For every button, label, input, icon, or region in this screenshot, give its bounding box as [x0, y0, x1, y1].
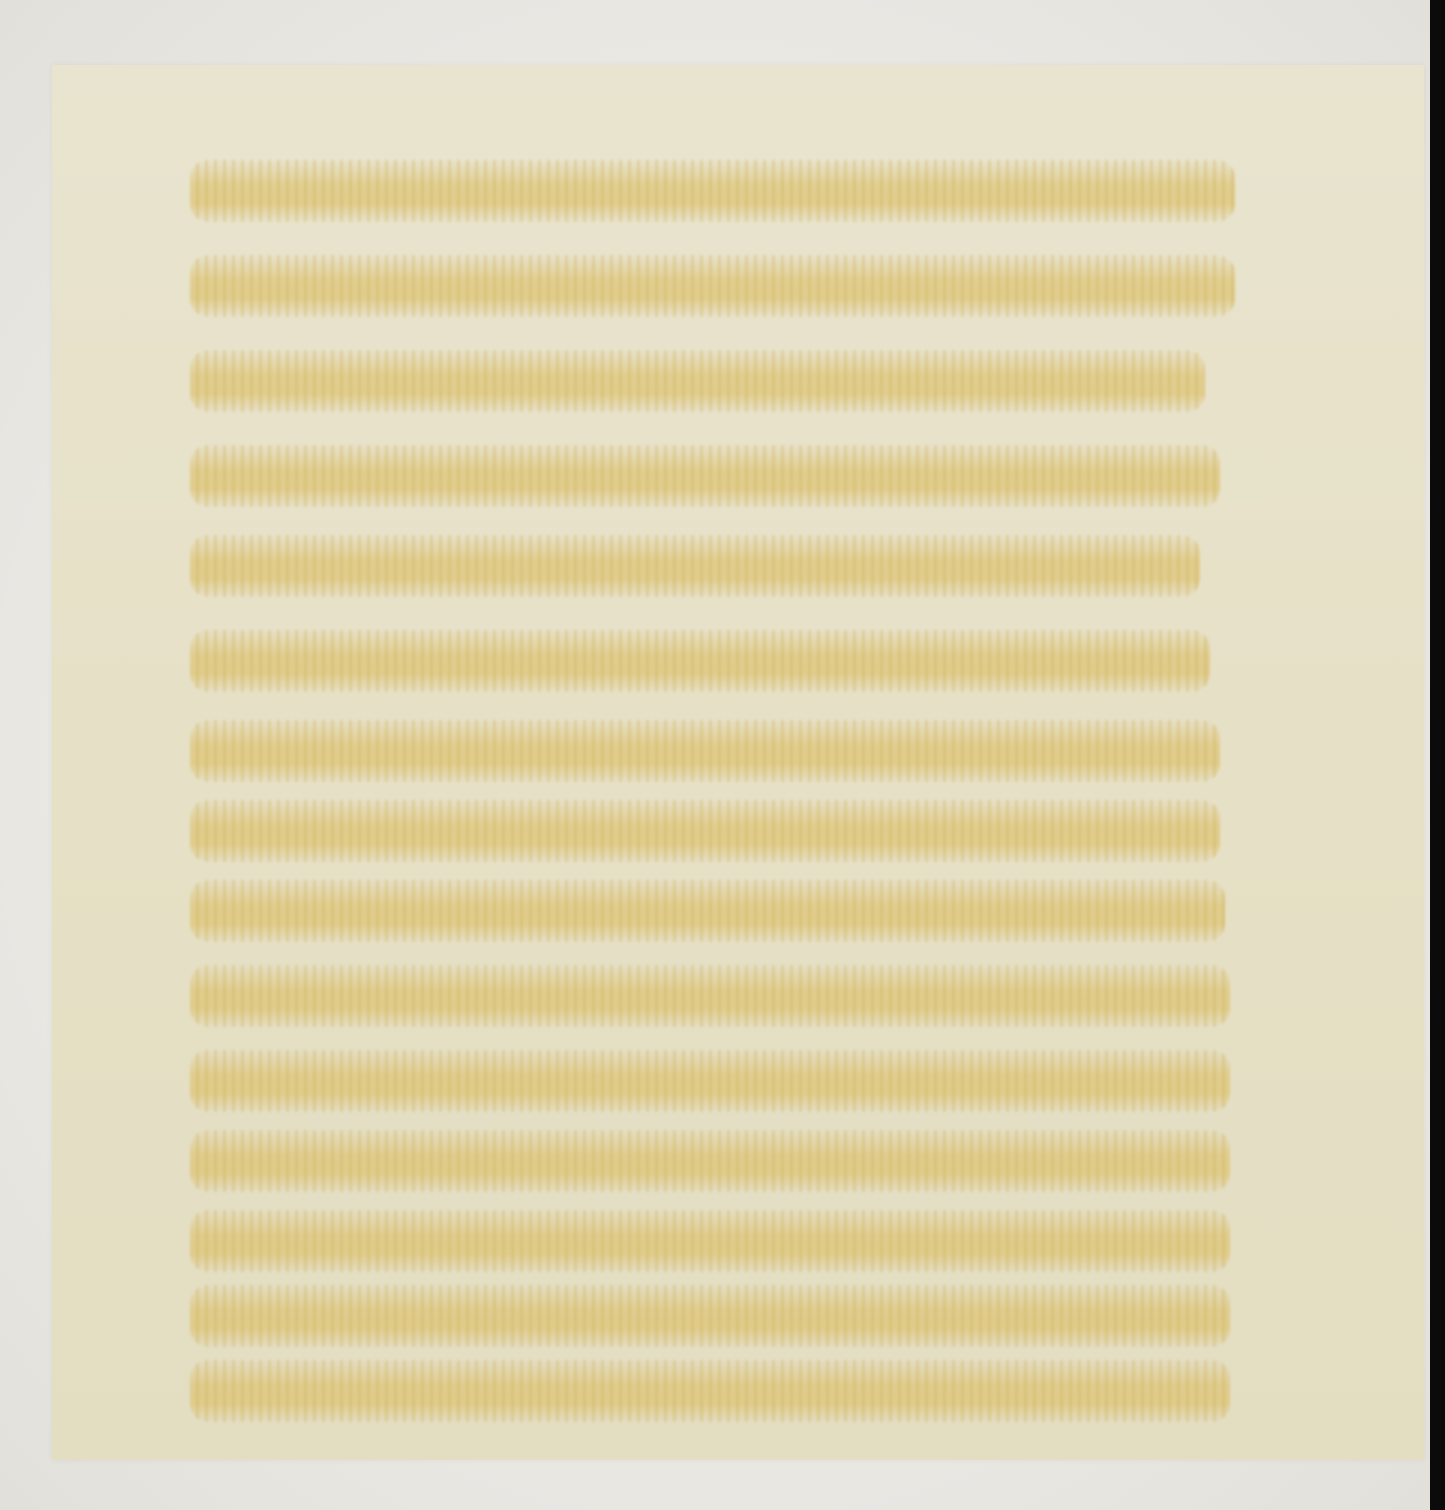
music-band: [190, 350, 1205, 412]
music-band: [190, 1130, 1230, 1192]
music-band: [190, 160, 1235, 222]
music-band: [190, 1360, 1230, 1422]
music-band: [190, 965, 1230, 1027]
music-band: [190, 720, 1220, 782]
music-band: [190, 1050, 1230, 1112]
music-band: [190, 630, 1210, 692]
music-band: [190, 1210, 1230, 1272]
music-band: [190, 445, 1220, 507]
music-band: [190, 255, 1235, 317]
music-band: [190, 800, 1220, 862]
music-band: [190, 880, 1225, 942]
music-band: [190, 1285, 1230, 1347]
frame-edge: [1430, 0, 1445, 1510]
music-band: [190, 535, 1200, 597]
